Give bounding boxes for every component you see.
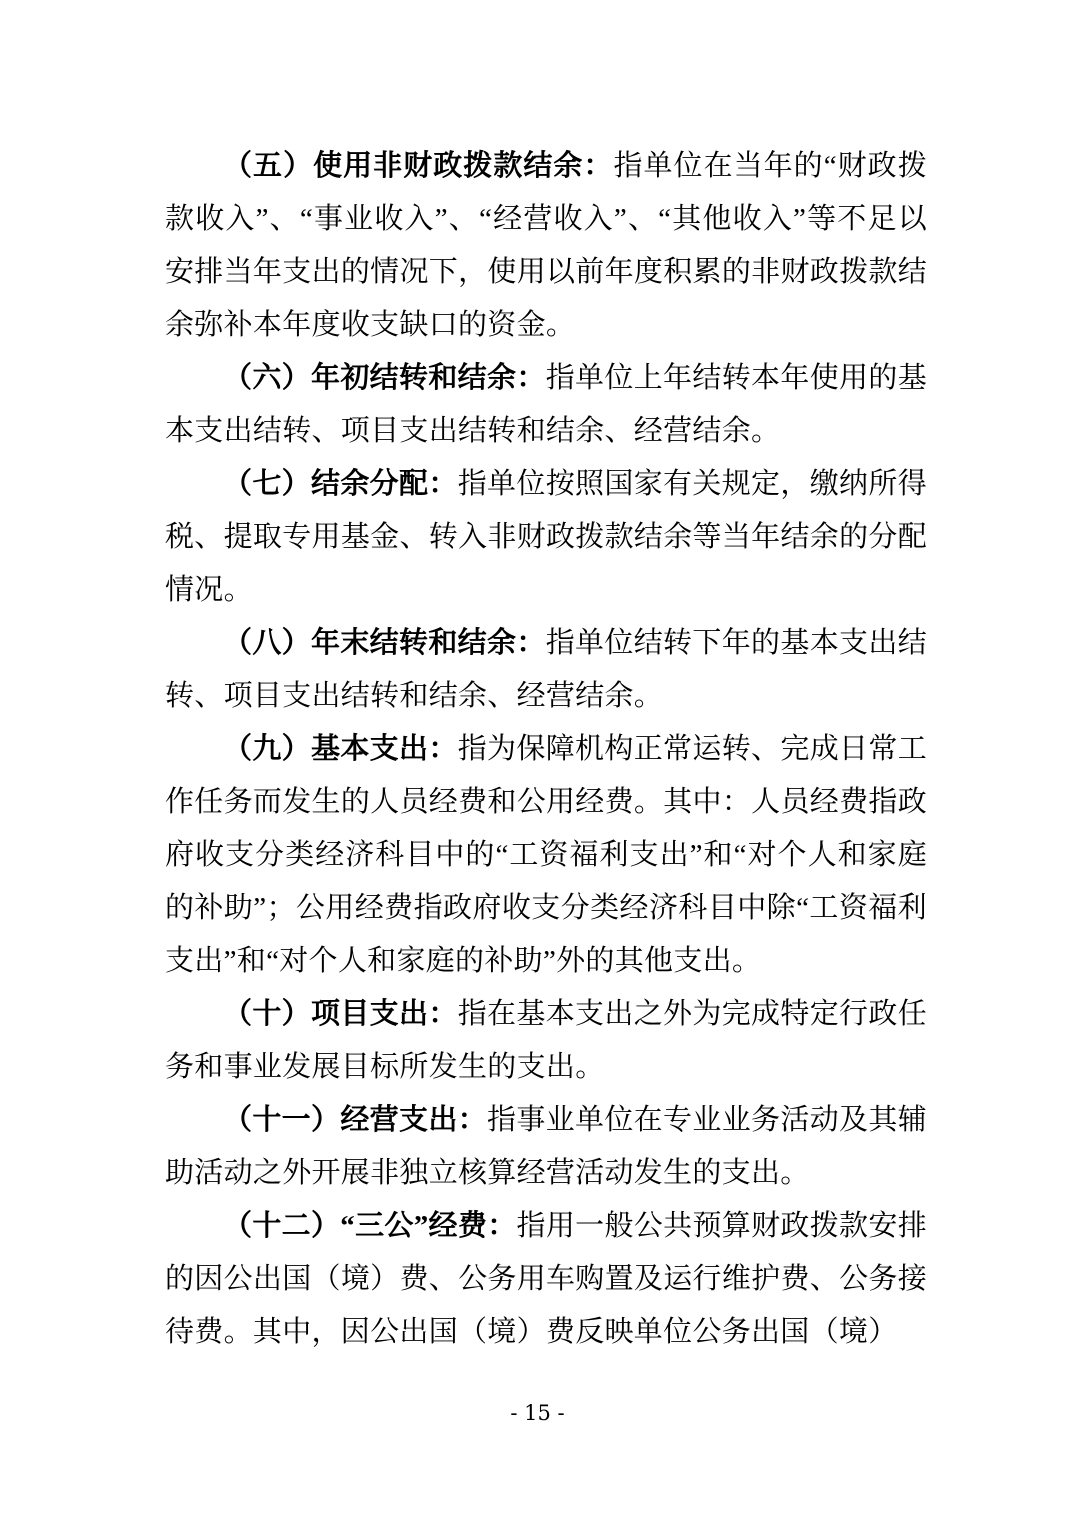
paragraph-heading: （八）年末结转和结余： [223,627,546,659]
paragraph-6: （六）年初结转和结余：指单位上年结转本年使用的基本支出结转、项目支出结转和结余、… [165,352,927,458]
paragraph-text: 指为保障机构正常运转、完成日常工作任务而发生的人员经费和公用经费。其中：人员经费… [165,733,927,977]
paragraph-heading: （十一）经营支出： [223,1104,487,1136]
page-number: - 15 - [0,1398,1075,1428]
paragraph-heading: （十二）“三公”经费： [223,1210,517,1242]
document-body: （五）使用非财政拨款结余：指单位在当年的“财政拨款收入”、“事业收入”、“经营收… [165,140,927,1359]
paragraph-heading: （六）年初结转和结余： [223,362,546,394]
paragraph-8: （八）年末结转和结余：指单位结转下年的基本支出结转、项目支出结转和结余、经营结余… [165,617,927,723]
paragraph-heading: （十）项目支出： [223,998,458,1030]
paragraph-12: （十二）“三公”经费：指用一般公共预算财政拨款安排的因公出国（境）费、公务用车购… [165,1200,927,1359]
paragraph-heading: （七）结余分配： [223,468,458,500]
paragraph-5: （五）使用非财政拨款结余：指单位在当年的“财政拨款收入”、“事业收入”、“经营收… [165,140,927,352]
paragraph-heading: （五）使用非财政拨款结余： [223,150,613,182]
paragraph-10: （十）项目支出：指在基本支出之外为完成特定行政任务和事业发展目标所发生的支出。 [165,988,927,1094]
document-page: （五）使用非财政拨款结余：指单位在当年的“财政拨款收入”、“事业收入”、“经营收… [0,0,1075,1520]
paragraph-9: （九）基本支出：指为保障机构正常运转、完成日常工作任务而发生的人员经费和公用经费… [165,723,927,988]
paragraph-heading: （九）基本支出： [223,733,458,765]
paragraph-7: （七）结余分配：指单位按照国家有关规定，缴纳所得税、提取专用基金、转入非财政拨款… [165,458,927,617]
paragraph-11: （十一）经营支出：指事业单位在专业业务活动及其辅助活动之外开展非独立核算经营活动… [165,1094,927,1200]
